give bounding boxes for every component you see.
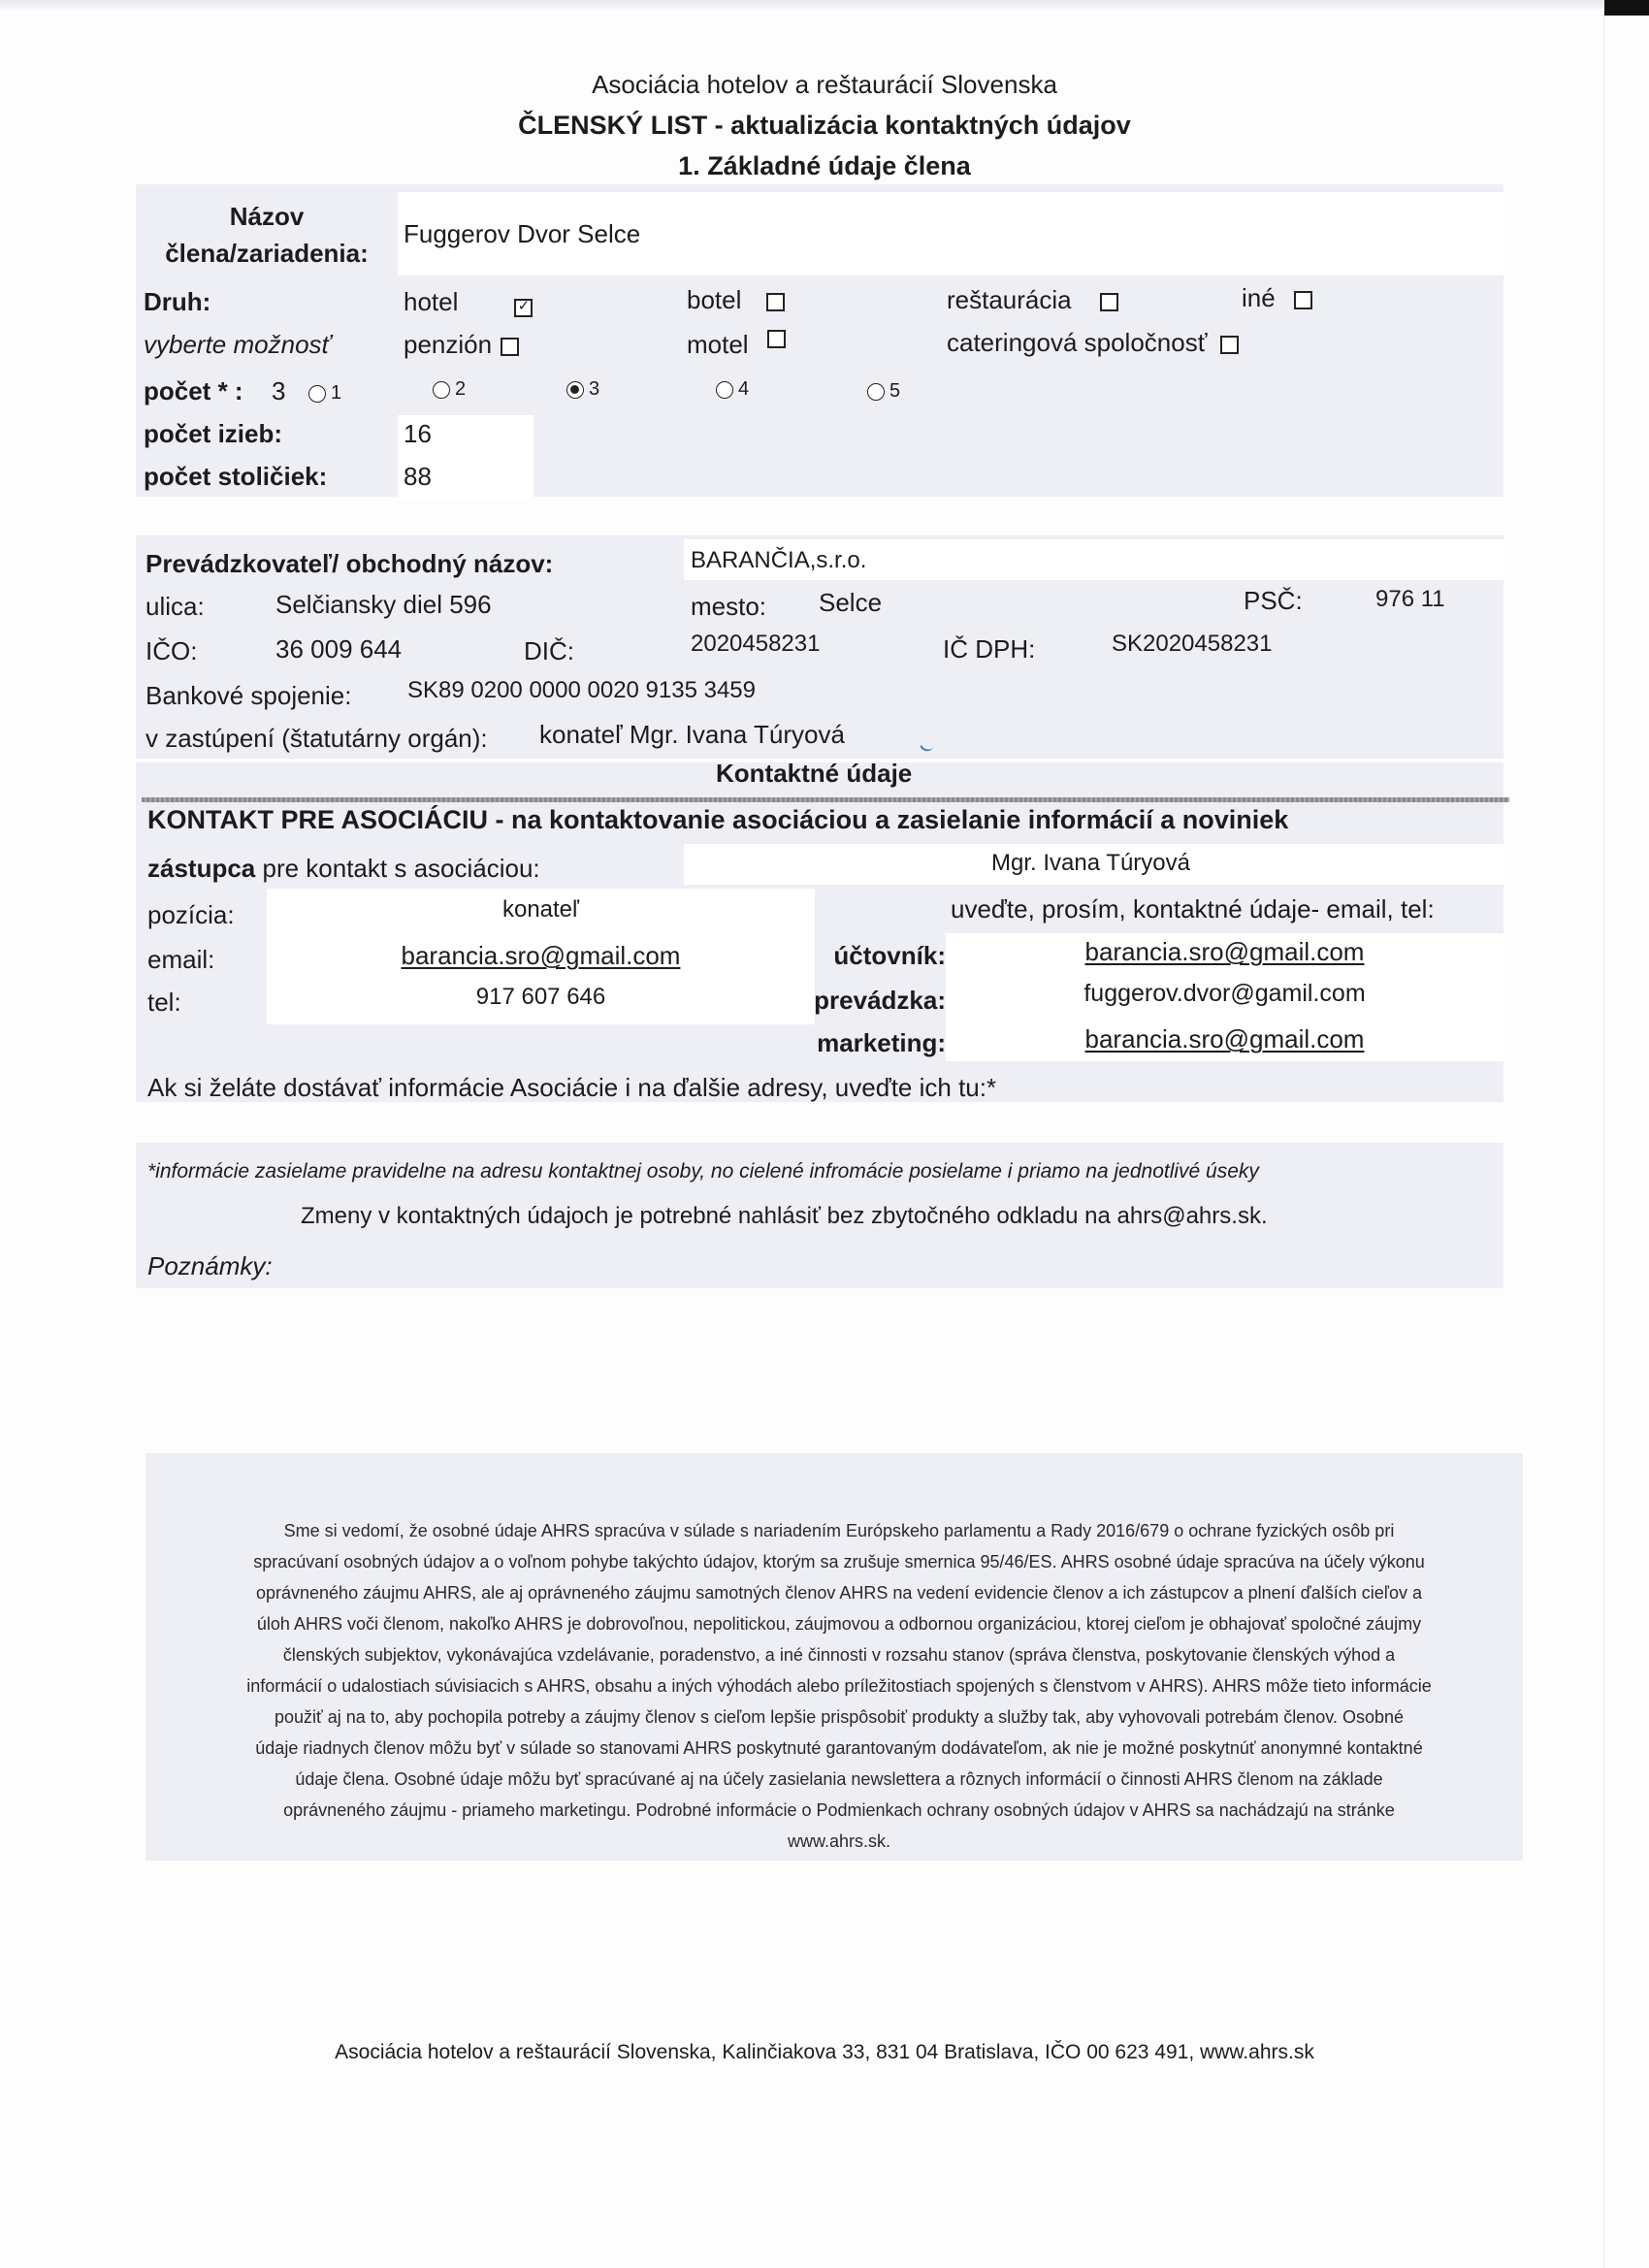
radio-icon[interactable]: [716, 381, 733, 399]
zip-field[interactable]: 976 11: [1375, 586, 1445, 613]
footer-address: Asociácia hotelov a reštaurácií Slovensk…: [0, 2041, 1649, 2064]
dic-field[interactable]: 2020458231: [691, 631, 820, 658]
accountant-label: účtovník:: [795, 941, 946, 971]
type-option-catering[interactable]: cateringová spoločnosť: [947, 328, 1239, 358]
rep-label: zástupca pre kontakt s asociáciou:: [147, 854, 540, 884]
radio-icon[interactable]: [308, 385, 326, 403]
operator-label: Prevádzkovateľ/ obchodný názov:: [145, 549, 553, 579]
stars-radio-1[interactable]: 1: [308, 382, 341, 405]
stars-radio-2[interactable]: 2: [433, 378, 466, 401]
dic-label: DIČ:: [524, 636, 574, 666]
privacy-notice: Sme si vedomí, že osobné údaje AHRS spra…: [165, 1515, 1513, 1857]
motel-checkbox[interactable]: [767, 330, 786, 348]
accountant-email-field[interactable]: barancia.sro@gmail.com: [946, 937, 1503, 967]
tel-field[interactable]: 917 607 646: [267, 984, 815, 1011]
section-1-title: 1. Základné údaje člena: [0, 151, 1649, 181]
statutory-label: v zastúpení (štatutárny orgán):: [145, 724, 488, 754]
street-label: ulica:: [145, 592, 205, 622]
type-option-penzion[interactable]: penzión: [404, 330, 519, 360]
marketing-email-field[interactable]: barancia.sro@gmail.com: [946, 1024, 1503, 1054]
member-name-field[interactable]: Fuggerov Dvor Selce: [404, 219, 640, 249]
operations-email-field[interactable]: fuggerov.dvor@gamil.com: [946, 980, 1503, 1008]
scan-edge-bar: [1604, 0, 1649, 16]
position-label: pozícia:: [147, 900, 235, 930]
email-field[interactable]: barancia.sro@gmail.com: [267, 941, 815, 971]
bank-field[interactable]: SK89 0200 0000 0020 9135 3459: [407, 677, 756, 704]
hotel-checkbox[interactable]: [514, 299, 533, 317]
type-option-other[interactable]: iné: [1242, 283, 1312, 313]
marketing-label: marketing:: [795, 1028, 946, 1058]
penzion-checkbox[interactable]: [501, 338, 519, 356]
restaurant-checkbox[interactable]: [1100, 293, 1118, 311]
scan-edge-line: [1603, 16, 1604, 2268]
organization-heading: Asociácia hotelov a reštaurácií Slovensk…: [0, 70, 1649, 100]
position-field[interactable]: konateľ: [267, 896, 815, 923]
association-contact-heading: KONTAKT PRE ASOCIÁCIU - na kontaktovanie…: [147, 805, 1288, 835]
radio-icon[interactable]: [867, 383, 885, 401]
type-option-restaurant[interactable]: reštaurácia: [947, 285, 1118, 315]
type-option-hotel[interactable]: hotel: [404, 287, 533, 317]
street-field[interactable]: Selčiansky diel 596: [275, 590, 492, 620]
other-checkbox[interactable]: [1294, 291, 1312, 309]
rep-field[interactable]: Mgr. Ivana Túryová: [991, 850, 1190, 877]
other-contacts-prompt: uveďte, prosím, kontaktné údaje- email, …: [951, 894, 1435, 924]
statutory-field[interactable]: konateľ Mgr. Ivana Túryová: [539, 720, 845, 750]
zip-label: PSČ:: [1244, 586, 1303, 616]
type-option-botel[interactable]: botel: [687, 285, 785, 315]
icdph-label: IČ DPH:: [943, 634, 1035, 664]
catering-checkbox[interactable]: [1220, 336, 1239, 354]
rooms-field[interactable]: 16: [404, 419, 432, 449]
operator-field[interactable]: BARANČIA,s.r.o.: [691, 547, 866, 574]
radio-selected-icon[interactable]: [566, 381, 584, 399]
member-name-label: Názov člena/zariadenia:: [136, 198, 398, 272]
contacts-section-title: Kontaktné údaje: [716, 759, 912, 789]
ico-label: IČO:: [145, 636, 197, 666]
stars-radio-5[interactable]: 5: [867, 380, 900, 403]
stars-value: 3: [272, 376, 285, 406]
operations-label: prevádzka:: [752, 986, 946, 1016]
ico-field[interactable]: 36 009 644: [275, 634, 402, 664]
scan-shadow: [0, 0, 1604, 12]
email-label: email:: [147, 945, 214, 975]
changes-notice: Zmeny v kontaktných údajoch je potrebné …: [301, 1203, 1268, 1230]
type-option-motel[interactable]: motel: [687, 330, 786, 360]
stars-radio-3[interactable]: 3: [566, 378, 599, 401]
seats-field[interactable]: 88: [404, 462, 432, 492]
bank-label: Bankové spojenie:: [145, 681, 351, 711]
stars-radio-4[interactable]: 4: [716, 378, 749, 401]
form-title: ČLENSKÝ LIST - aktualizácia kontaktných …: [0, 111, 1649, 141]
seats-label: počet stoličiek:: [144, 462, 327, 492]
contact-footnote: *informácie zasielame pravidelne na adre…: [147, 1160, 1259, 1183]
stars-label: počet * :: [144, 376, 243, 406]
icdph-field[interactable]: SK2020458231: [1112, 631, 1273, 658]
city-label: mesto:: [691, 592, 766, 622]
notes-label: Poznámky:: [147, 1251, 273, 1281]
tel-label: tel:: [147, 988, 181, 1018]
rooms-label: počet izieb:: [144, 419, 282, 449]
extra-addresses-prompt: Ak si želáte dostávať informácie Asociác…: [147, 1073, 996, 1103]
city-field[interactable]: Selce: [819, 588, 882, 618]
section-divider: [142, 797, 1509, 802]
type-hint: vyberte možnosť: [144, 330, 331, 360]
type-label: Druh:: [144, 287, 210, 317]
radio-icon[interactable]: [433, 381, 450, 399]
botel-checkbox[interactable]: [766, 293, 785, 311]
